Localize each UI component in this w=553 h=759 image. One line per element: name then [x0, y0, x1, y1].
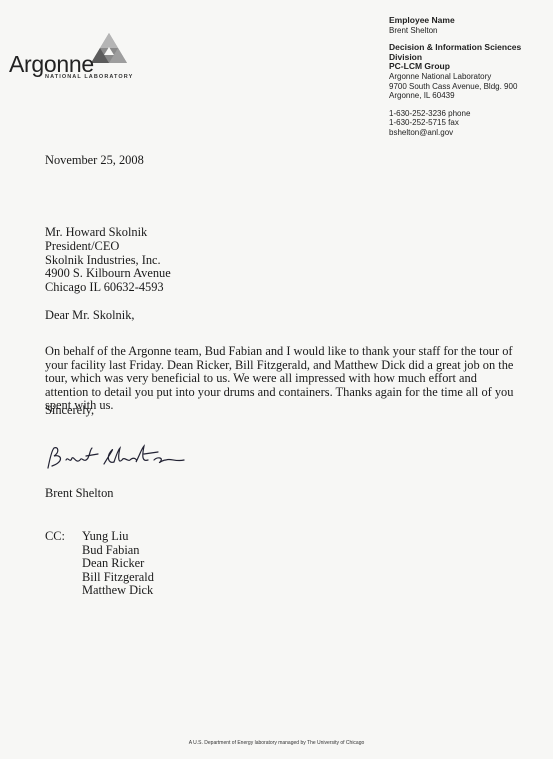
body-line: On behalf of the Argonne team, Bud Fabia… [45, 345, 525, 359]
recipient-address: Mr. Howard Skolnik President/CEO Skolnik… [45, 226, 171, 295]
footer-note: A U.S. Department of Energy laboratory m… [0, 740, 553, 746]
cc-recipient: Yung Liu [82, 530, 154, 544]
letter-body: On behalf of the Argonne team, Bud Fabia… [45, 345, 525, 413]
signer-name: Brent Shelton [45, 487, 114, 501]
email[interactable]: bshelton@anl.gov [389, 128, 553, 138]
phone: 1-630-252-3236 phone [389, 109, 553, 119]
body-line: tour, which was very beneficial to us. W… [45, 372, 525, 386]
employee-label: Employee Name [389, 16, 553, 26]
cc-list: Yung Liu Bud Fabian Dean Ricker Bill Fit… [82, 530, 154, 598]
recipient-line: President/CEO [45, 240, 171, 254]
street-address: 9700 South Cass Avenue, Bldg. 900 [389, 82, 553, 92]
recipient-line: 4900 S. Kilbourn Avenue [45, 267, 171, 281]
salutation: Dear Mr. Skolnik, [45, 309, 134, 323]
closing: Sincerely, [45, 404, 94, 418]
organization: Argonne National Laboratory [389, 72, 553, 82]
fax: 1-630-252-5715 fax [389, 118, 553, 128]
contact-block: Employee Name Brent Shelton Decision & I… [389, 16, 553, 138]
cc-recipient: Dean Ricker [82, 557, 154, 571]
employee-name: Brent Shelton [389, 26, 553, 36]
body-line: attention to detail you put into your dr… [45, 386, 525, 400]
body-line: spent with us. [45, 399, 525, 413]
cc-recipient: Bud Fabian [82, 544, 154, 558]
logo-subtitle: NATIONAL LABORATORY [45, 74, 133, 80]
recipient-line: Skolnik Industries, Inc. [45, 254, 171, 268]
letter-date: November 25, 2008 [45, 154, 144, 168]
cc-recipient: Bill Fitzgerald [82, 571, 154, 585]
handwritten-signature [44, 444, 194, 474]
city-address: Argonne, IL 60439 [389, 91, 553, 101]
cc-label: CC: [45, 530, 65, 544]
division: Decision & Information Sciences Division [389, 43, 553, 62]
body-line: your facility last Friday. Dean Ricker, … [45, 359, 525, 373]
recipient-line: Chicago IL 60632-4593 [45, 281, 171, 295]
argonne-triangle-logo-icon [91, 33, 127, 63]
recipient-line: Mr. Howard Skolnik [45, 226, 171, 240]
group: PC-LCM Group [389, 62, 553, 72]
cc-recipient: Matthew Dick [82, 584, 154, 598]
